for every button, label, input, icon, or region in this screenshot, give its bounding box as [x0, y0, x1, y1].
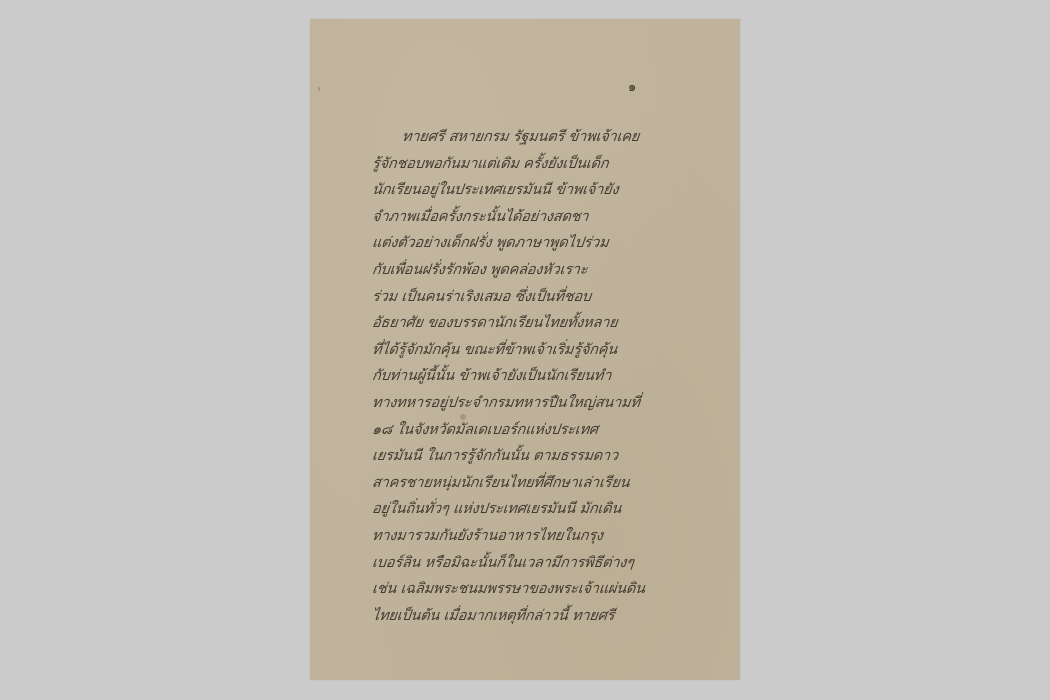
- text-line: นักเรียนอยู่ในประเทศเยรมันนี ข้าพเจ้ายัง: [371, 177, 664, 204]
- text-line: สาครชายหนุ่มนักเรียนไทยที่ศึกษาเล่าเรียน: [371, 470, 664, 497]
- text-line: ร่วม เป็นคนร่าเริงเสมอ ซึ่งเป็นที่ชอบ: [371, 284, 664, 311]
- page-number: ๑: [628, 76, 636, 97]
- text-line: ทางมารวมกันยังร้านอาหารไทยในกรุง: [371, 523, 664, 550]
- text-line: แต่งตัวอย่างเด็กฝรั่ง พูดภาษาพูดไปร่วม: [371, 230, 664, 257]
- text-line: กับท่านผู้นี้นั้น ข้าพเจ้ายังเป็นนักเรีย…: [371, 363, 664, 390]
- text-line: เบอร์ลิน หรือมิฉะนั้นก็ในเวลามีการพิธีต่…: [371, 550, 664, 577]
- text-line: อัธยาศัย ของบรรดานักเรียนไทยทั้งหลาย: [371, 310, 664, 337]
- text-line: ทางทหารอยู่ประจำกรมทหารปืนใหญ่สนามที่: [371, 390, 664, 417]
- text-line: รู้จักชอบพอกันมาแต่เดิม ครั้งยังเป็นเด็ก: [371, 151, 664, 178]
- text-line: กับเพื่อนฝรั่งรักพ้อง พูดคล่องหัวเราะ: [371, 257, 664, 284]
- text-line: เช่น เฉลิมพระชนมพรรษาของพระเจ้าแผ่นดิน: [371, 576, 664, 603]
- text-line: จำภาพเมื่อครั้งกระนั้นได้อย่างสดชา: [371, 204, 664, 231]
- document-viewer: ๑ ทายศรี สหายกรม รัฐมนตรี ข้าพเจ้าเคย รู…: [0, 0, 1050, 700]
- text-line: ๑๘ ในจังหวัดมัลเดเบอร์กแห่งประเทศ: [371, 417, 664, 444]
- text-line: ไทยเป็นต้น เมื่อมากเหตุที่กล่าวนี้ ทายศร…: [371, 603, 664, 630]
- text-line: อยู่ในถิ่นทั่วๆ แห่งประเทศเยรมันนี มักเด…: [371, 496, 664, 523]
- text-line: ทายศรี สหายกรม รัฐมนตรี ข้าพเจ้าเคย: [371, 124, 664, 151]
- paper-blemish: [318, 87, 320, 91]
- handwritten-text-body: ทายศรี สหายกรม รัฐมนตรี ข้าพเจ้าเคย รู้จ…: [372, 124, 662, 629]
- text-line: เยรมันนี ในการรู้จักกันนั้น ตามธรรมดาว: [371, 443, 664, 470]
- text-line: ที่ได้รู้จักมักคุ้น ขณะที่ข้าพเจ้าเริ่มร…: [371, 337, 664, 364]
